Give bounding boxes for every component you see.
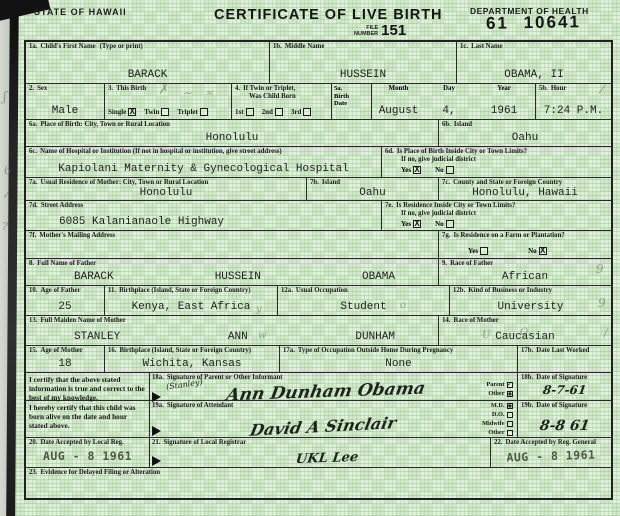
field-3-this-birth: 3.This Birth SingleX Twin Triplet (105, 84, 232, 119)
value-father-age: 25 (29, 301, 101, 314)
local-registrar-date-stamp: AUG - 8 1961 (29, 449, 146, 466)
row-sex-birth-date: 2.Sex Male 3.This Birth SingleX Twin Tri… (26, 84, 611, 120)
field-4-twin-order: 4.If Twin or Triplet, Was Child Born 1st… (232, 84, 332, 119)
field-5b-hour: 5b.Hour 7:24 P.M. (536, 84, 611, 119)
field-21-registrar-signature: 21.Signature of Local Registrar UKL Lee (150, 438, 491, 467)
value-delayed-filing (29, 496, 608, 497)
checkbox-6d-yes: X (413, 166, 421, 174)
field-7a-residence-city: 7a.Usual Residence of Mother: City, Town… (26, 178, 307, 200)
field-19b-signature-date: 19b.Date of Signature 8-8 61 (518, 401, 611, 437)
field-6a-place-of-birth: 6a.Place of Birth: City, Town or Rural L… (26, 120, 439, 146)
value-residence-city: Honolulu (29, 187, 303, 200)
value-mother-race: Caucasian (442, 331, 608, 344)
field-7g-farm-plantation: 7g.Is Residence on a Farm or Plantation?… (439, 231, 611, 258)
field-12a-father-occupation: 12a.Usual Occupation Student (278, 286, 450, 315)
checkbox-other-attendant (507, 430, 514, 437)
row-mother-residence: 7a.Usual Residence of Mother: City, Town… (26, 178, 611, 201)
field-1c-last-name: 1c.Last Name OBAMA, II (457, 42, 611, 83)
value-place-of-birth: Honolulu (29, 132, 435, 145)
value-county-state: Honolulu, Hawaii (442, 187, 608, 200)
value-hospital: Kapiolani Maternity & Gynecological Hosp… (29, 163, 378, 176)
checkbox-md: ✓ (507, 403, 514, 410)
field-12b-father-industry: 12b.Kind of Business or Industry Univers… (450, 286, 611, 315)
row-place-of-birth: 6a.Place of Birth: City, Town or Rural L… (26, 120, 611, 147)
file-number-block: FILENUMBER 151 (354, 22, 406, 39)
field-18b-signature-date: 18b.Date of Signature 8-7-61 (518, 373, 611, 400)
field-18a-parent-signature: 18a.Signature of Parent or Other Informa… (150, 373, 518, 400)
birth-year: Year1961 (473, 84, 535, 119)
row-father-details: 10.Age of Father 25 11.Birthplace (Islan… (26, 286, 611, 316)
certificate-number-stamp: 61 10641 (486, 12, 581, 34)
row-father-name: 8.Full Name of Father BARACKHUSSEINOBAMA… (26, 259, 611, 286)
row-registrar: 20.Date Accepted by Local Reg. AUG - 8 1… (26, 438, 611, 468)
row-mother-name: 13.Full Maiden Name of Mother STANLEYANN… (26, 316, 611, 346)
state-name: STATE OF HAWAII (34, 7, 127, 17)
certify-statement-1: I certify that the above stated informat… (26, 373, 150, 400)
checkbox-do (507, 412, 514, 419)
field-5a-birth-date: 5a.BirthDate MonthAugust Day4, Year1961 (332, 84, 536, 119)
birth-day: Day4, (425, 84, 473, 119)
checkbox-7g-no: X (539, 247, 547, 255)
certify-statement-2: I hereby certify that this child was bor… (26, 401, 150, 437)
field-17b-date-last-worked: 17b.Date Last Worked (518, 346, 611, 372)
field-1a-child-first-name: 1a.Child's First Name(Type or print) BAR… (26, 42, 270, 83)
value-mother-occupation: None (283, 358, 514, 371)
field-20-date-accepted-local: 20.Date Accepted by Local Reg. AUG - 8 1… (26, 438, 150, 467)
value-island: Oahu (442, 132, 608, 145)
checkbox-7e-no (446, 220, 454, 228)
field-15-mother-age: 15.Age of Mother 18 (26, 346, 105, 372)
value-mother-name: STANLEYANNDUNHAM (29, 331, 435, 344)
field-2-sex: 2.Sex Male (26, 84, 105, 119)
field-6c-hospital: 6c.Name of Hospital or Institution (If n… (26, 147, 382, 177)
value-hour: 7:24 P.M. (539, 105, 608, 118)
signature-arrow-icon (152, 456, 161, 466)
field-14-mother-race: 14.Race of Mother Caucasian (439, 316, 611, 345)
certificate-header: STATE OF HAWAII CERTIFICATE OF LIVE BIRT… (24, 0, 613, 40)
value-father-name: BARACKHUSSEINOBAMA (29, 271, 435, 284)
field-11-father-birthplace: 11.Birthplace (Island, State or Foreign … (105, 286, 278, 315)
row-mailing-address: 7f.Mother's Mailing Address 7g.Is Reside… (26, 231, 611, 259)
birth-certificate-document: STATE OF HAWAII CERTIFICATE OF LIVE BIRT… (0, 0, 620, 516)
field-6d-city-limits: 6d.Is Place of Birth Inside City or Town… (382, 147, 611, 177)
checkbox-other-informant: ∕ (507, 391, 514, 398)
checkbox-1st (246, 108, 254, 116)
value-first-name: BARACK (29, 69, 266, 82)
registrar-signature: UKL Lee (294, 450, 358, 467)
field-7f-mailing-address: 7f.Mother's Mailing Address (26, 231, 439, 258)
value-mother-age: 18 (29, 358, 101, 371)
field-10-father-age: 10.Age of Father 25 (26, 286, 105, 315)
value-last-name: OBAMA, II (460, 69, 608, 82)
value-father-industry: University (453, 301, 608, 314)
field-1b-middle-name: 1b.Middle Name HUSSEIN (270, 42, 457, 83)
row-attendant-signature: I hereby certify that this child was bor… (26, 401, 611, 438)
signature-arrow-icon (152, 426, 161, 436)
field-23-delayed-filing: 23.Evidence for Delayed Filing or Altera… (26, 468, 611, 498)
file-number-label: FILENUMBER (354, 25, 378, 37)
value-parent-signature-date: 8-7-61 (520, 383, 609, 399)
checkbox-2nd (275, 108, 283, 116)
value-middle-name: HUSSEIN (273, 69, 453, 82)
attendant-signature: David A Sinclair (249, 413, 399, 440)
field-7b-island: 7b.Island Oahu (307, 178, 439, 200)
value-date-last-worked (521, 370, 608, 371)
birth-month: MonthAugust (372, 84, 425, 119)
row-mother-details: 15.Age of Mother 18 16.Birthplace (Islan… (26, 346, 611, 373)
checkbox-single: X (128, 108, 136, 116)
field-17a-mother-occupation: 17a.Type of Occupation Outside Home Duri… (280, 346, 518, 372)
value-mother-birthplace: Wichita, Kansas (108, 358, 276, 371)
certificate-form: STATE OF HAWAII CERTIFICATE OF LIVE BIRT… (24, 0, 613, 500)
value-father-race: African (442, 271, 608, 284)
field-9-father-race: 9.Race of Father African (439, 259, 611, 285)
checkbox-midwife (507, 421, 514, 428)
row-parent-signature: I certify that the above stated informat… (26, 373, 611, 401)
field-22-date-accepted-general: 22.Date Accepted by Reg. General AUG - 8… (491, 438, 611, 467)
certificate-title: CERTIFICATE OF LIVE BIRTH (214, 7, 443, 23)
value-sex: Male (29, 105, 101, 118)
field-13-mother-name: 13.Full Maiden Name of Mother STANLEYANN… (26, 316, 439, 345)
value-mailing-address (29, 256, 435, 257)
value-street-address: 6085 Kalanianaole Highway (29, 216, 378, 229)
checkbox-7e-yes: X (413, 220, 421, 228)
field-16-mother-birthplace: 16.Birthplace (Island, State or Foreign … (105, 346, 280, 372)
file-number-value: 151 (381, 22, 406, 39)
registrar-general-date-stamp: AUG - 8 1961 (494, 447, 609, 468)
row-child-name: 1a.Child's First Name(Type or print) BAR… (26, 42, 611, 84)
checkbox-3rd (303, 108, 311, 116)
checkbox-parent: ✓ (507, 382, 514, 389)
field-8-father-name: 8.Full Name of Father BARACKHUSSEINOBAMA (26, 259, 439, 285)
form-grid: 1a.Child's First Name(Type or print) BAR… (24, 40, 613, 500)
checkbox-twin (161, 108, 169, 116)
row-delayed-filing: 23.Evidence for Delayed Filing or Altera… (26, 468, 611, 498)
checkbox-7g-yes (480, 247, 488, 255)
checkbox-triplet (200, 108, 208, 116)
row-hospital: 6c.Name of Hospital or Institution (If n… (26, 147, 611, 178)
value-father-occupation: Student (281, 301, 446, 314)
value-attendant-signature-date: 8-8 61 (520, 418, 610, 436)
field-7c-county-state: 7c.County and State or Foreign Country H… (439, 178, 611, 200)
row-street-address: 7d.Street Address 6085 Kalanianaole High… (26, 201, 611, 231)
field-19a-attendant-signature: 19a.Signature of Attendant David A Sincl… (150, 401, 518, 437)
value-residence-island: Oahu (310, 187, 435, 200)
field-6b-island: 6b.Island Oahu (439, 120, 611, 146)
checkbox-6d-no (446, 166, 454, 174)
field-7e-residence-limits: 7e.Is Residence Inside City or Town Limi… (382, 201, 611, 230)
value-father-birthplace: Kenya, East Africa (108, 301, 274, 314)
field-7d-street-address: 7d.Street Address 6085 Kalanianaole High… (26, 201, 382, 230)
